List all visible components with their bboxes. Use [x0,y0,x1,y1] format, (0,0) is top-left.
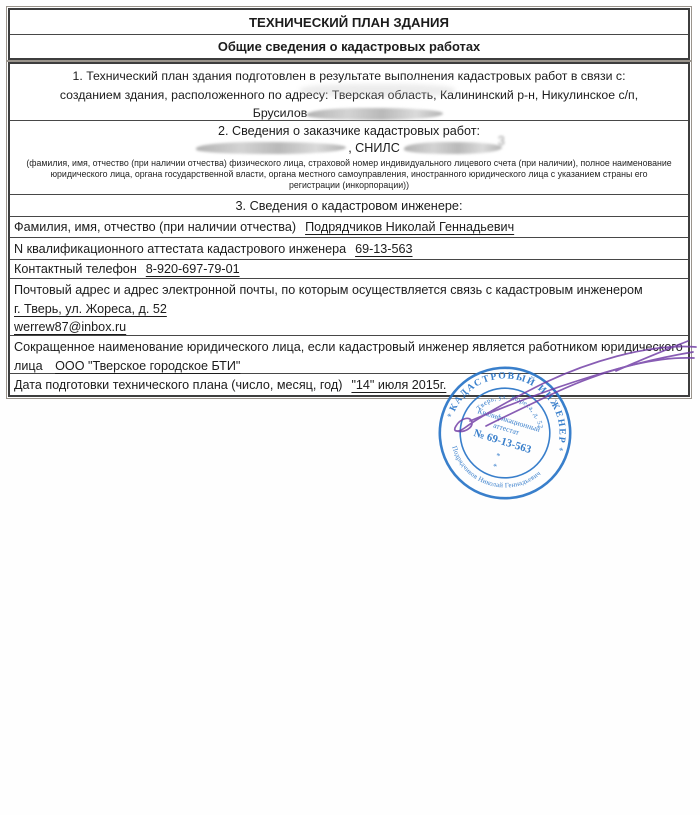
date-value: "14" июля 2015г. [351,378,446,392]
section2-footnote: (фамилия, имя, отчество (при наличии отч… [25,158,673,190]
engineer-name-label: Фамилия, имя, отчество (при наличии отче… [14,220,296,234]
document-title: ТЕХНИЧЕСКИЙ ПЛАН ЗДАНИЯ [10,10,688,35]
email-value: werrew87@inbox.ru [14,320,126,334]
date-label: Дата подготовки технического плана (числ… [14,378,342,392]
redaction-smudge-address [307,108,443,120]
phone-value: 8-920-697-79-01 [146,262,240,276]
section2-customer-info: 2. Сведения о заказчике кадастровых рабо… [10,121,688,195]
section2-customer-line: , СНИЛС 3 [10,138,688,157]
document-subtitle: Общие сведения о кадастровых работах [10,35,688,58]
section3-heading: 3. Сведения о кадастровом инженере: [10,195,688,217]
attestat-label: N квалификационного аттестата кадастрово… [14,242,346,256]
redaction-smudge-customer-name [196,142,346,154]
section1-line1: 1. Технический план здания подготовлен в… [10,67,688,86]
phone-label: Контактный телефон [14,262,137,276]
handwritten-signature [438,330,700,444]
signature-stroke-second [486,358,694,426]
row-contact-phone: Контактный телефон 8-920-697-79-01 [10,260,688,279]
row-postal-address: Почтовый адрес и адрес электронной почты… [10,279,688,336]
header-table: ТЕХНИЧЕСКИЙ ПЛАН ЗДАНИЯ Общие сведения о… [8,8,690,60]
organization-value: ООО "Тверское городское БТИ" [55,359,240,373]
address-label: Почтовый адрес и адрес электронной почты… [14,281,688,300]
row-attestat-number: N квалификационного аттестата кадастрово… [10,238,688,260]
attestat-value: 69-13-563 [355,242,412,256]
stamp-star-bottom-1: * [495,451,501,461]
snils-last-digit: 3 [498,133,505,148]
stamp-separator-right: * [557,445,565,456]
section1-line3: Брусилов [10,104,688,123]
engineer-name-value: Подрядчиков Николай Геннадьевич [305,220,514,234]
stamp-star-bottom-2: * [492,462,498,472]
row-engineer-name: Фамилия, имя, отчество (при наличии отче… [10,217,688,238]
scanned-document-page: ТЕХНИЧЕСКИЙ ПЛАН ЗДАНИЯ Общие сведения о… [0,0,700,815]
section1-address-prefix: Брусилов [253,106,307,120]
section2-heading: 2. Сведения о заказчике кадастровых рабо… [10,124,688,138]
scan-haze [300,84,455,97]
signature-stroke-cross [470,352,693,421]
address-value: г. Тверь, ул. Жореса, д. 52 [14,302,167,316]
redaction-smudge-snils-number: 3 [404,142,502,154]
snils-label: , СНИЛС [348,141,400,155]
